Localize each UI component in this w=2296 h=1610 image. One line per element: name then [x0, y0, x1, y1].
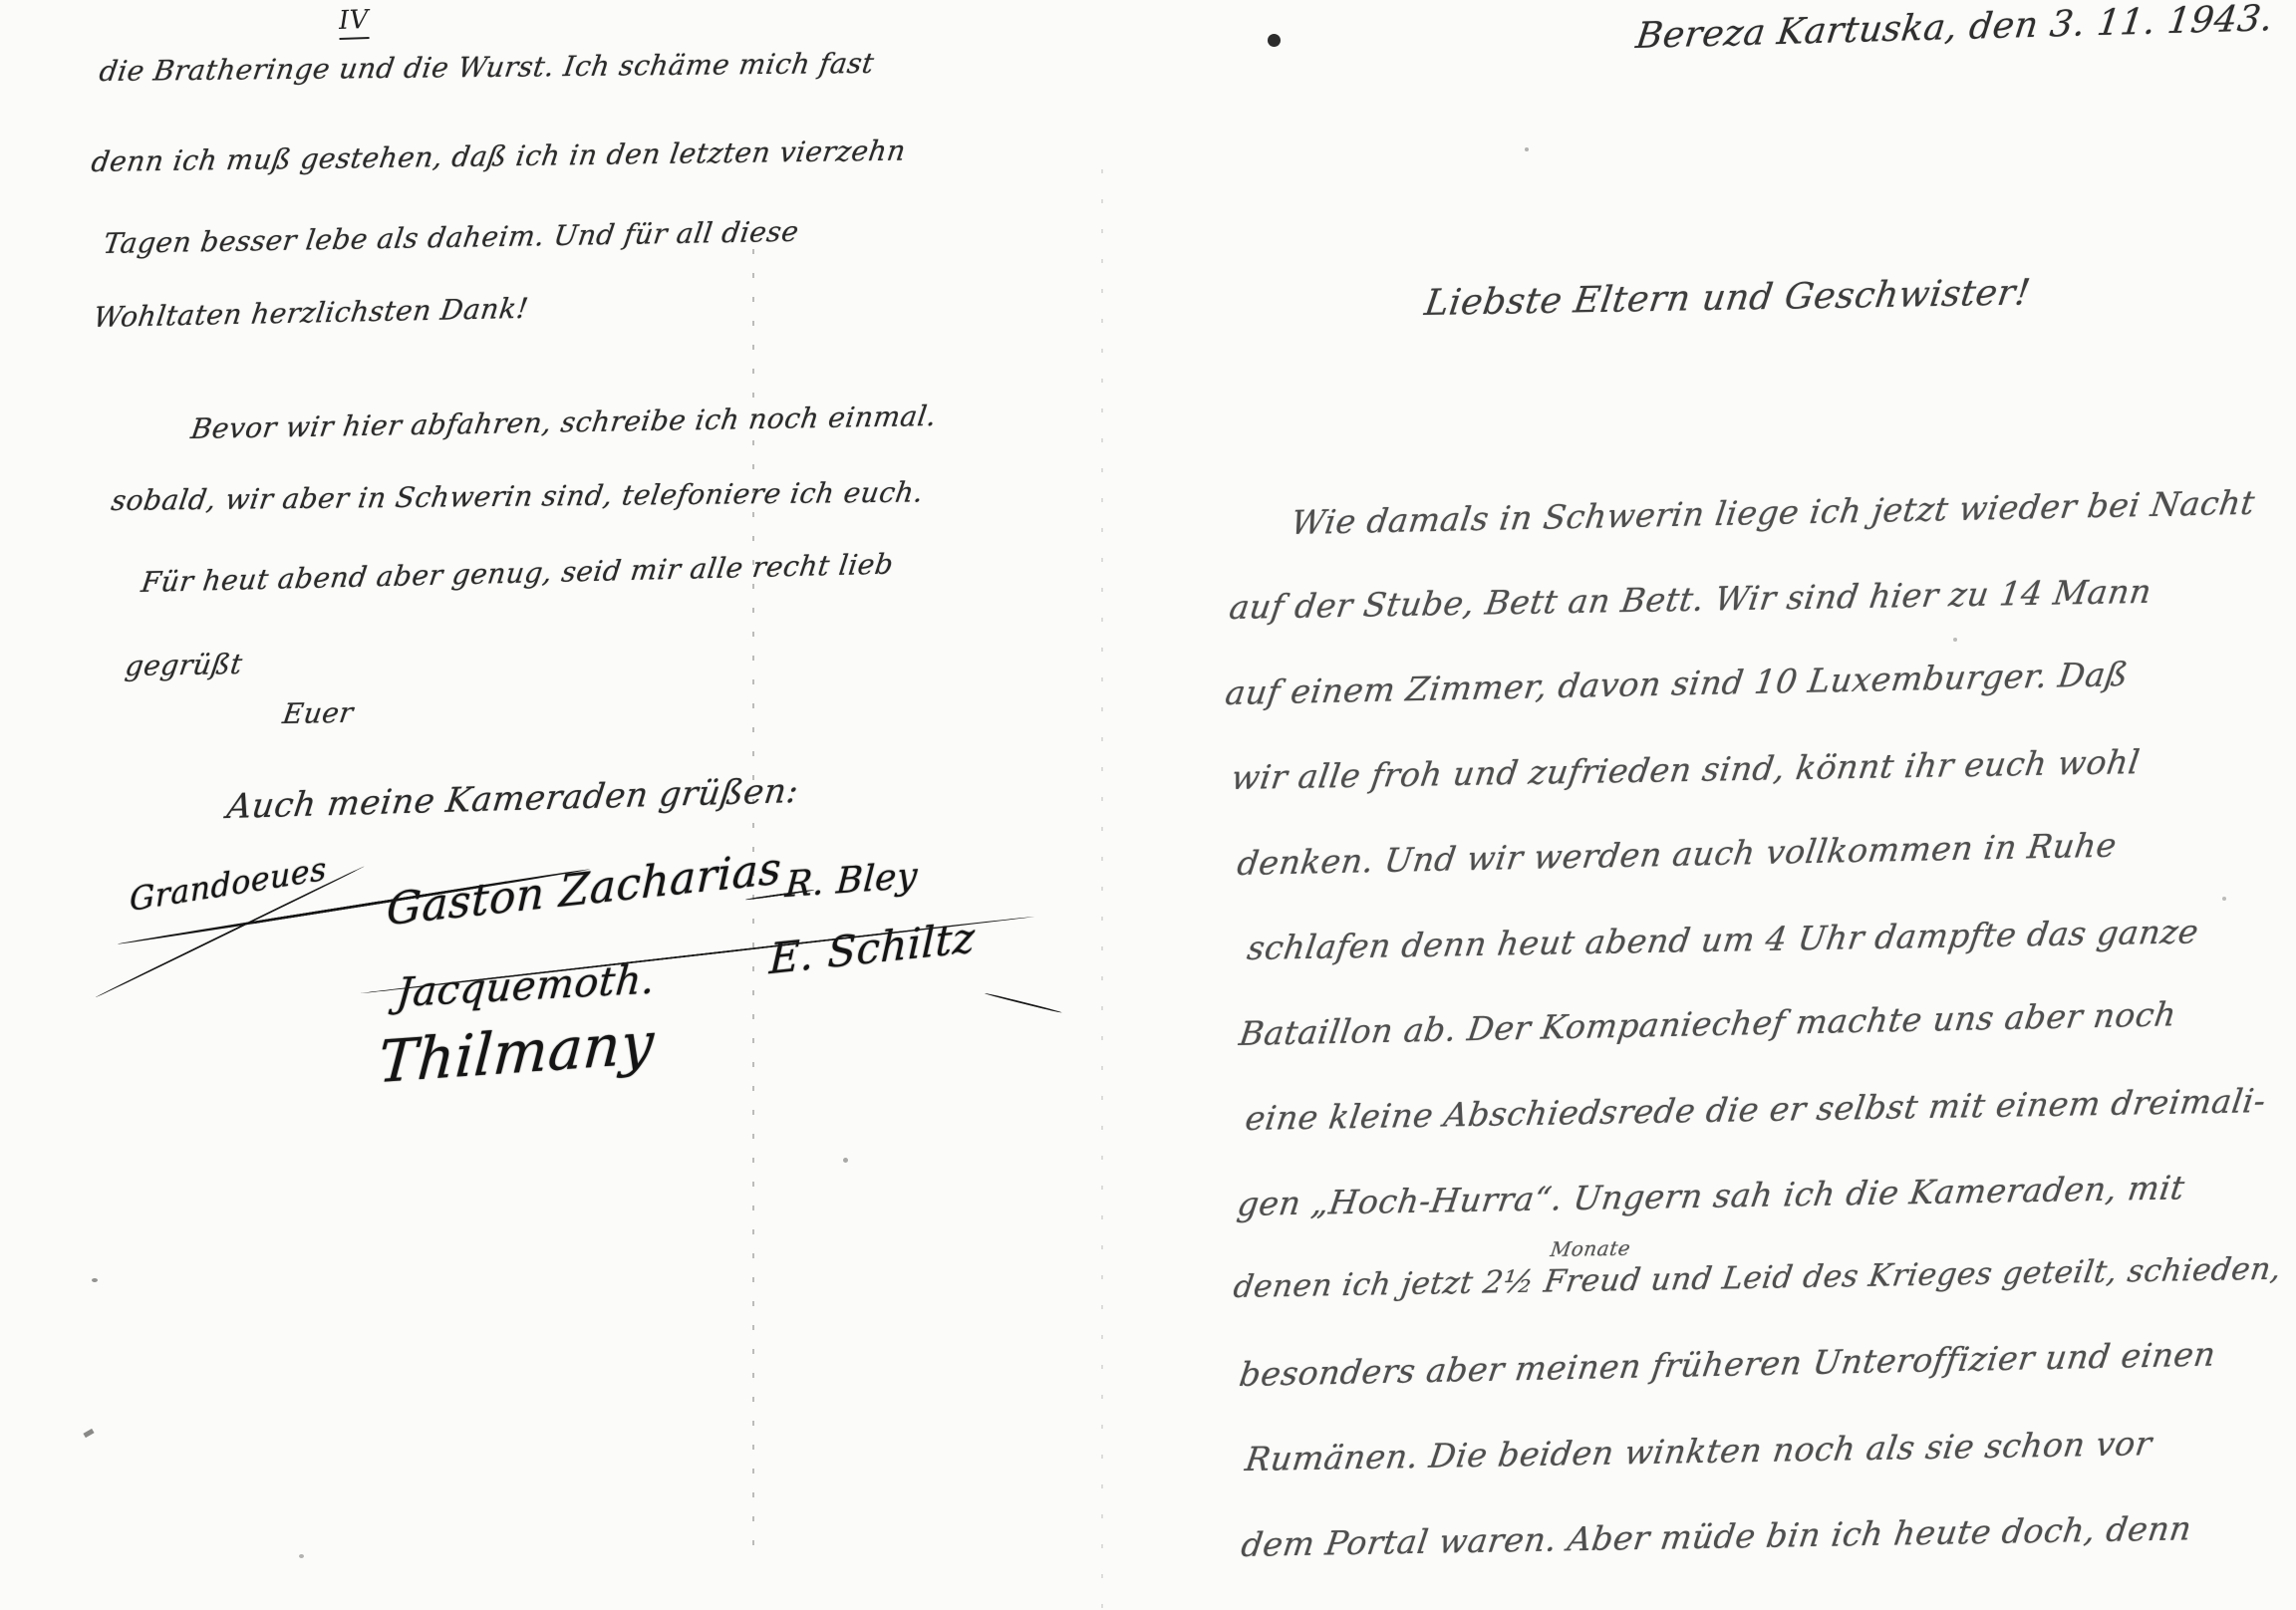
signature: R. Bley [784, 856, 920, 907]
scan-speck [2222, 897, 2226, 901]
letter-line: denn ich muß gestehen, daß ich in den le… [90, 134, 909, 178]
fold-crease-center [1101, 169, 1103, 1610]
letter-line: Tagen besser lebe als daheim. Und für al… [102, 215, 801, 260]
salutation: Liebste Eltern und Geschwister! [1422, 272, 2033, 324]
letter-line: Bevor wir hier abfahren, schreibe ich no… [189, 400, 939, 445]
dateline: Bereza Kartuska, den 3. 11. 1943. [1633, 0, 2275, 57]
pencil-mark [83, 1429, 94, 1438]
signature: Thilmany [377, 1008, 657, 1096]
letter-line: Wohltaten herzlichsten Dank! [92, 292, 531, 334]
letter-line: auf einem Zimmer, davon sind 10 Luxembur… [1223, 655, 2131, 712]
letter-line: eine kleine Abschiedsrede die er selbst … [1243, 1081, 2268, 1138]
letter-line: gegrüßt [124, 648, 245, 682]
scan-speck [1525, 147, 1529, 151]
letter-line: auf der Stube, Bett an Bett. Wir sind hi… [1227, 572, 2153, 627]
letter-line: denen ich jetzt 2½ Freud und Leid des Kr… [1231, 1251, 2283, 1305]
signature-flourish [985, 992, 1062, 1013]
signature: Jacquemoth. [395, 956, 657, 1016]
letter-line: die Bratheringe und die Wurst. Ich schäm… [98, 47, 877, 88]
letter-scan: IV die Bratheringe und die Wurst. Ich sc… [0, 0, 2296, 1610]
letter-line: sobald, wir aber in Schwerin sind, telef… [110, 475, 926, 517]
ink-speck [1268, 34, 1281, 47]
camerades-greeting-line: Auch meine Kameraden grüßen: [224, 771, 801, 827]
letter-line: Wie damals in Schwerin liege ich jetzt w… [1289, 483, 2257, 542]
letter-line: Bataillon ab. Der Kompaniechef machte un… [1237, 994, 2178, 1053]
letter-line: dem Portal waren. Aber müde bin ich heut… [1239, 1508, 2194, 1564]
letter-line: gen „Hoch-Hurra“. Ungern sah ich die Kam… [1235, 1168, 2187, 1223]
fold-crease-left-page [752, 249, 754, 1564]
signature: Grandoeues [130, 849, 327, 919]
letter-line: besonders aber meinen früheren Unteroffi… [1237, 1334, 2218, 1394]
page-number: IV [338, 5, 369, 40]
letter-line: denken. Und wir werden auch vollkommen i… [1235, 825, 2119, 883]
letter-closing: Euer [281, 696, 356, 730]
scan-speck [92, 1278, 98, 1282]
interline-insertion: Monate [1549, 1236, 1632, 1261]
signature: Gaston Zacharias [386, 843, 782, 936]
letter-line: Für heut abend aber genug, seid mir alle… [140, 548, 896, 600]
letter-line: Rumänen. Die beiden winkten noch als sie… [1243, 1424, 2154, 1478]
scan-speck [1953, 638, 1957, 642]
scan-speck [843, 1158, 848, 1163]
letter-line: schlafen denn heut abend um 4 Uhr dampft… [1245, 912, 2201, 967]
signature: E. Schiltz [768, 913, 976, 983]
letter-line: wir alle froh und zufrieden sind, könnt … [1229, 742, 2143, 797]
scan-speck [299, 1554, 304, 1558]
